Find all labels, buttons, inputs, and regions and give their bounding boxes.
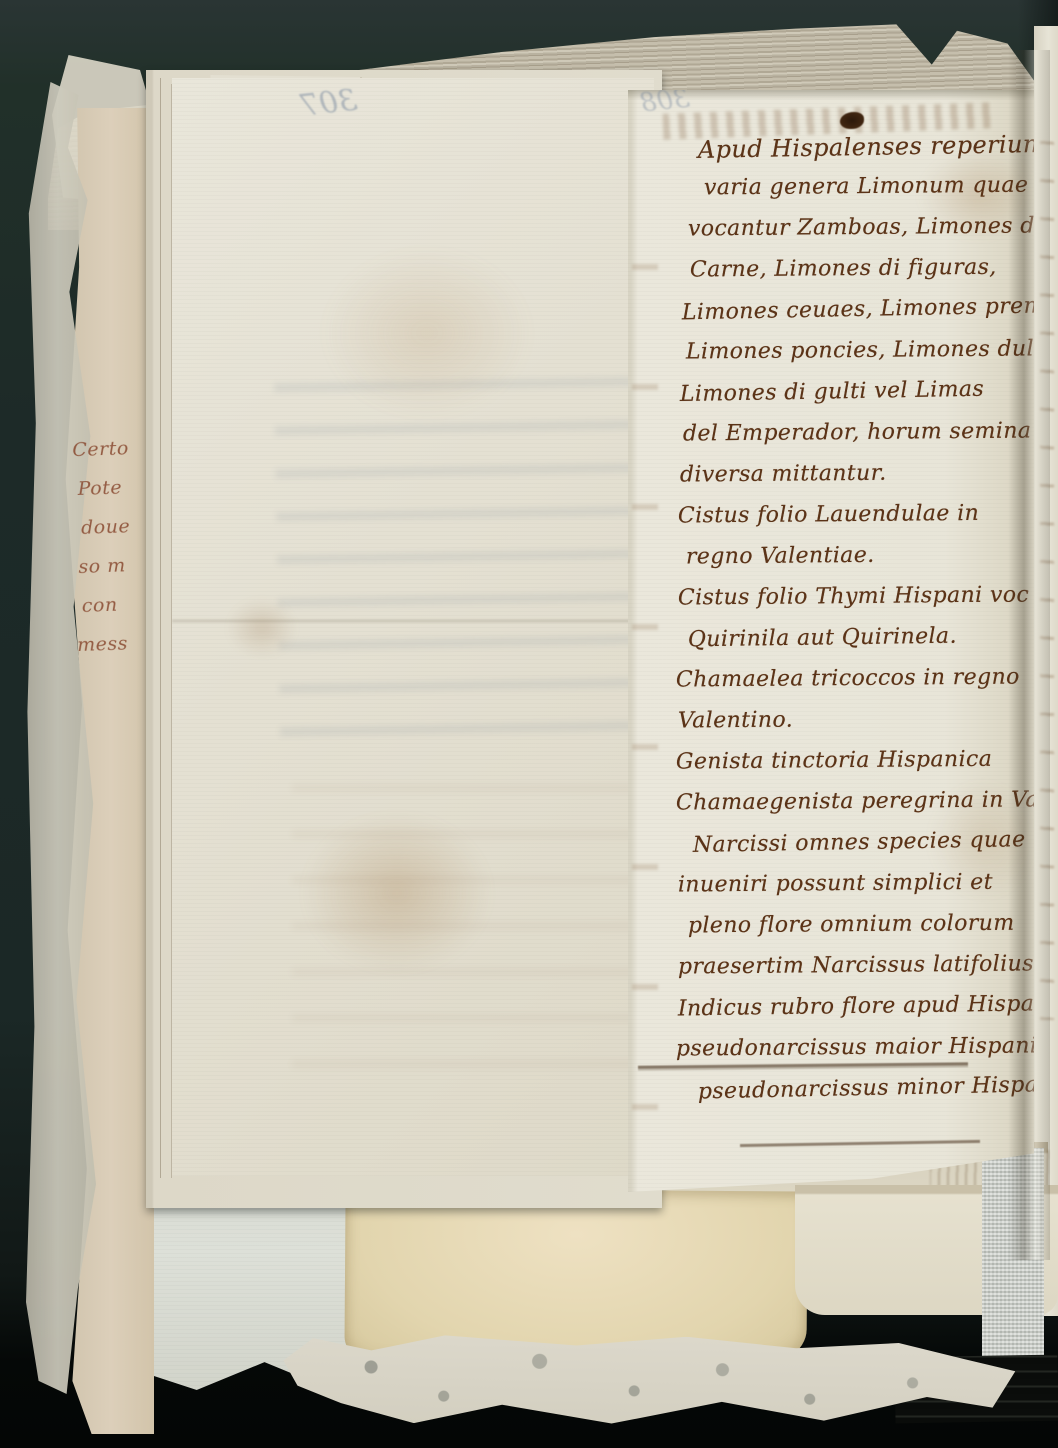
paper-stain (302, 813, 492, 973)
manuscript-photo: Certo Pote doue so m con mess 307 308 Ap… (0, 0, 1058, 1448)
paper-fragment: Certo Pote doue so m con mess (62, 437, 148, 672)
manuscript-line: del Emperador, horum semina (683, 418, 1028, 462)
paper-stain (322, 248, 532, 418)
manuscript-line: Valentino. (678, 705, 1028, 749)
page-edge-line (160, 78, 161, 1178)
left-blank-page: 307 (172, 78, 654, 1176)
right-written-page: 308 Apud Hispalenses reperiuntur varia g… (628, 90, 1034, 1192)
paper-stain (227, 598, 297, 658)
show-through-page-number: 307 (300, 86, 357, 121)
fragment-line: mess (77, 632, 148, 672)
manuscript-line: Limones ceuaes, Limones premi (682, 294, 1029, 342)
manuscript-line: Carne, Limones di figuras, (690, 255, 1028, 299)
fragment-line: con (81, 593, 146, 634)
manuscript-line: pseudonarcissus maior Hispanic (676, 1033, 1028, 1077)
manuscript-line: diversa mittantur. (680, 459, 1028, 503)
manuscript-line: Cistus folio Lauendulae in (678, 500, 1028, 544)
manuscript-line: Indicus rubro flore apud Hispalen (678, 992, 1029, 1038)
manuscript-line: Quirinila aut Quirinela. (688, 623, 1029, 669)
manuscript-line: Chamaelea tricoccos in regno (676, 664, 1028, 708)
fragment-line: Pote (77, 476, 142, 517)
manuscript-line: Genista tinctoria Hispanica (676, 746, 1028, 790)
manuscript-line: regno Valentiae. (686, 542, 1028, 586)
manuscript-line: vocantur Zamboas, Limones di (688, 214, 1028, 258)
manuscript-line: inueniri possunt simplici et (678, 869, 1028, 913)
show-through-text (274, 360, 654, 737)
manuscript-line: pseudonarcissus minor Hispanicus (698, 1073, 1029, 1121)
fragment-line: so m (78, 554, 145, 595)
manuscript-line: Apud Hispalenses reperiuntur (698, 130, 1029, 177)
marginal-show-through (632, 210, 658, 1110)
manuscript-line: Narcissi omnes species quae (693, 827, 1029, 874)
manuscript-line: varia genera Limonum quae (704, 173, 1028, 217)
fragment-line: Certo (72, 437, 141, 478)
fragment-line: doue (81, 515, 144, 556)
manuscript-line: praesertim Narcissus latifolius (678, 951, 1028, 995)
manuscript-line: Limones poncies, Limones dulces (686, 337, 1028, 381)
manuscript-line: Cistus folio Thymi Hispani voc (678, 582, 1028, 626)
underline-mark (740, 1140, 980, 1147)
manuscript-line: pleno flore omnium colorum (688, 911, 1028, 955)
manuscript-text: Apud Hispalenses reperiuntur varia gener… (676, 133, 1028, 1117)
manuscript-line: Chamaegenista peregrina in Valen (676, 787, 1028, 831)
manuscript-line: Limones di gulti vel Limas (680, 376, 1029, 423)
page-fold-gutter (1008, 50, 1050, 1260)
